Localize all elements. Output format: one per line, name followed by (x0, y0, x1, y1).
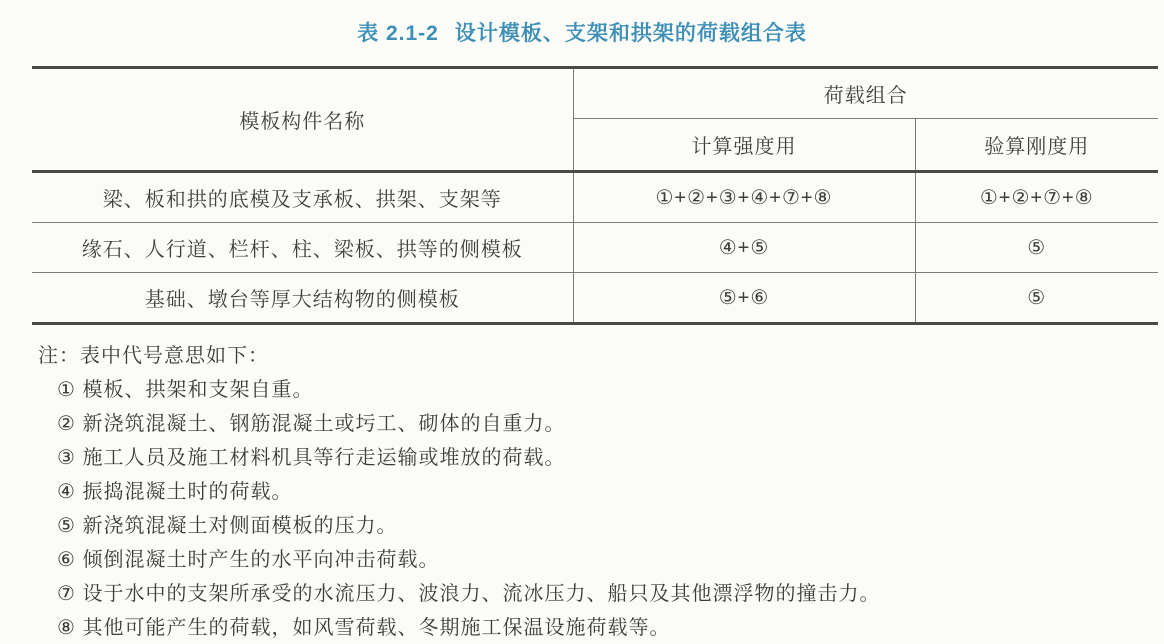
stiffness-combination-cell: ⑤ (915, 273, 1158, 324)
table-title-text: 设计模板、支架和拱架的荷载组合表 (455, 22, 807, 45)
strength-combination-cell: ⑤+⑥ (573, 273, 915, 324)
notes-intro: 表中代号意思如下： (80, 345, 269, 367)
header-component-name: 模板构件名称 (32, 68, 573, 172)
document-page: 表 2.1-2设计模板、支架和拱架的荷载组合表 模板构件名称 荷载组合 计算强度… (0, 0, 1164, 644)
notes-heading: 注：表中代号意思如下： (38, 339, 1164, 373)
note-item-3: ③ 施工人员及施工材料机具等行走运输或堆放的荷载。 (57, 441, 1164, 475)
note-item-1: ① 模板、拱架和支架自重。 (57, 373, 1164, 407)
strength-combination-cell: ①+②+③+④+⑦+⑧ (573, 172, 915, 223)
table-row: 缘石、人行道、栏杆、柱、梁板、拱等的侧模板 ④+⑤ ⑤ (32, 223, 1158, 273)
header-strength: 计算强度用 (573, 119, 915, 172)
header-load-combination: 荷载组合 (573, 68, 1158, 119)
strength-combination-cell: ④+⑤ (573, 223, 915, 273)
load-combination-table: 模板构件名称 荷载组合 计算强度用 验算刚度用 梁、板和拱的底模及支承板、拱架、… (32, 66, 1158, 325)
component-cell: 基础、墩台等厚大结构物的侧模板 (32, 273, 573, 324)
stiffness-combination-cell: ①+②+⑦+⑧ (915, 172, 1158, 223)
stiffness-combination-cell: ⑤ (915, 223, 1158, 273)
note-item-4: ④ 振捣混凝土时的荷载。 (57, 475, 1164, 509)
header-stiffness: 验算刚度用 (915, 119, 1158, 172)
table-number: 表 2.1-2 (357, 22, 439, 45)
table-notes: 注：表中代号意思如下： ① 模板、拱架和支架自重。 ② 新浇筑混凝土、钢筋混凝土… (38, 339, 1164, 644)
table-row: 基础、墩台等厚大结构物的侧模板 ⑤+⑥ ⑤ (32, 273, 1158, 324)
page-title: 表 2.1-2设计模板、支架和拱架的荷载组合表 (0, 0, 1164, 48)
notes-label: 注： (38, 345, 80, 367)
component-cell: 缘石、人行道、栏杆、柱、梁板、拱等的侧模板 (32, 223, 573, 273)
notes-list: ① 模板、拱架和支架自重。 ② 新浇筑混凝土、钢筋混凝土或圬工、砌体的自重力。 … (57, 373, 1164, 644)
component-cell: 梁、板和拱的底模及支承板、拱架、支架等 (32, 172, 573, 223)
header-row-group: 模板构件名称 荷载组合 (32, 68, 1158, 119)
note-item-8: ⑧ 其他可能产生的荷载，如风雪荷载、冬期施工保温设施荷载等。 (57, 611, 1164, 644)
note-item-7: ⑦ 设于水中的支架所承受的水流压力、波浪力、流冰压力、船只及其他漂浮物的撞击力。 (57, 577, 1164, 611)
note-item-2: ② 新浇筑混凝土、钢筋混凝土或圬工、砌体的自重力。 (57, 407, 1164, 441)
note-item-5: ⑤ 新浇筑混凝土对侧面模板的压力。 (57, 509, 1164, 543)
table-row: 梁、板和拱的底模及支承板、拱架、支架等 ①+②+③+④+⑦+⑧ ①+②+⑦+⑧ (32, 172, 1158, 223)
note-item-6: ⑥ 倾倒混凝土时产生的水平向冲击荷载。 (57, 543, 1164, 577)
